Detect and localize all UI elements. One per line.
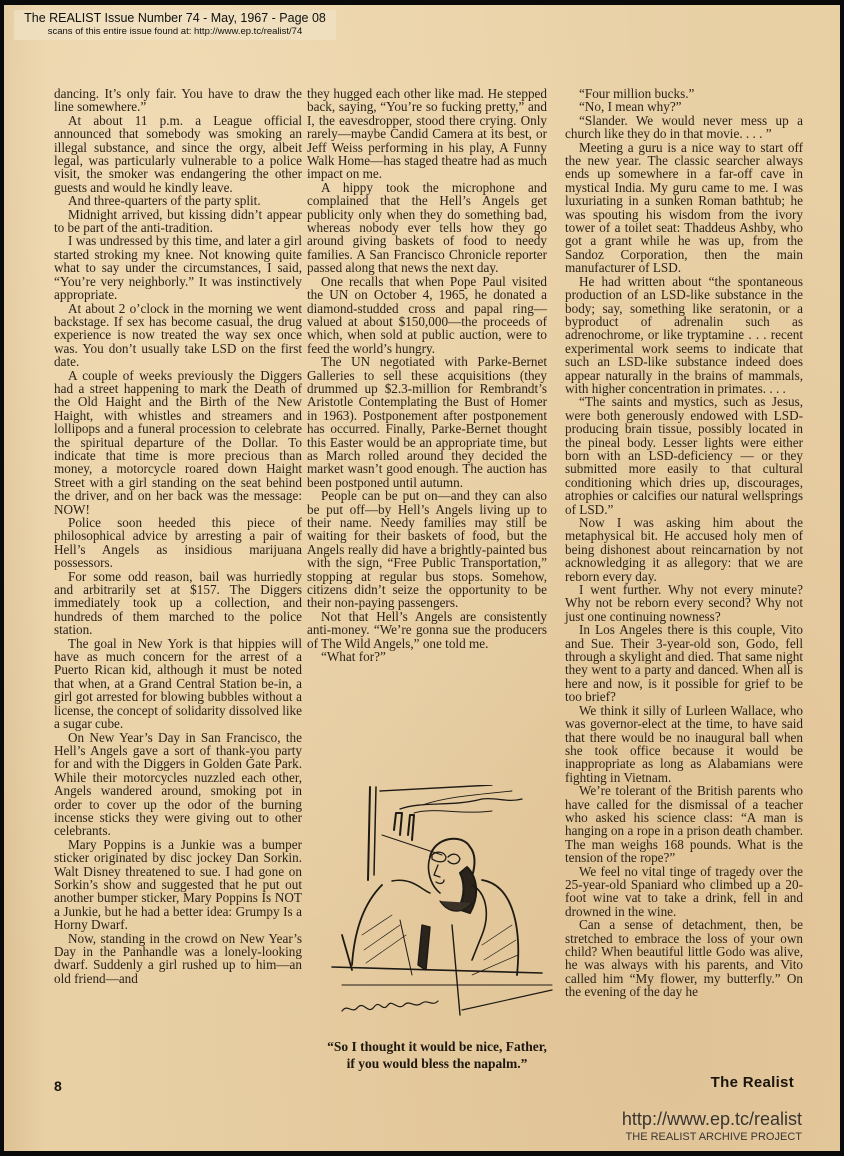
paragraph: dancing. It’s only fair. You have to dra… <box>54 87 302 114</box>
paragraph: Now I was asking him about the metaphysi… <box>565 516 803 583</box>
paragraph: Mary Poppins is a Junkie was a bumper st… <box>54 838 302 932</box>
scan-source-note: scans of this entire issue found at: htt… <box>14 26 336 37</box>
paragraph: We’re tolerant of the British parents wh… <box>565 784 803 864</box>
column-right: “Four million bucks.” “No, I mean why?” … <box>565 87 803 999</box>
paragraph: He had written about “the spontaneous pr… <box>565 275 803 396</box>
archive-project-label: THE REALIST ARCHIVE PROJECT <box>626 1131 802 1143</box>
scan-header: The REALIST Issue Number 74 - May, 1967 … <box>14 10 336 40</box>
paragraph: I was undressed by this time, and later … <box>54 234 302 301</box>
paragraph: A hippy took the microphone and complain… <box>307 181 547 275</box>
caption-line-2: if you would bless the napalm.” <box>307 1055 567 1072</box>
caption-line-1: “So I thought it would be nice, Father, <box>307 1038 567 1055</box>
paragraph: “No, I mean why?” <box>565 100 803 113</box>
issue-title: The REALIST Issue Number 74 - May, 1967 … <box>14 11 336 26</box>
cartoon-illustration-icon <box>322 785 562 1025</box>
paragraph: Now, standing in the crowd on New Year’s… <box>54 932 302 986</box>
paragraph: they hugged each other like mad. He step… <box>307 87 547 181</box>
page-number: 8 <box>54 1078 62 1094</box>
paragraph: “Slander. We would never mess up a churc… <box>565 114 803 141</box>
magazine-page: The REALIST Issue Number 74 - May, 1967 … <box>4 5 840 1151</box>
paragraph: In Los Angeles there is this couple, Vit… <box>565 623 803 703</box>
paragraph: Meeting a guru is a nice way to start of… <box>565 141 803 275</box>
paragraph: “Four million bucks.” <box>565 87 803 100</box>
paragraph: And three-quarters of the party split. <box>54 194 302 207</box>
cartoon-caption: “So I thought it would be nice, Father, … <box>307 1038 567 1072</box>
archive-url-link[interactable]: http://www.ep.tc/realist <box>622 1109 802 1130</box>
paragraph: The goal in New York is that hippies wil… <box>54 637 302 731</box>
paragraph: The UN negotiated with Parke-Bernet Gall… <box>307 355 547 489</box>
paragraph: People can be put on—and they can also b… <box>307 489 547 610</box>
paragraph: One recalls that when Pope Paul visited … <box>307 275 547 355</box>
masthead: The Realist <box>711 1074 794 1091</box>
column-left: dancing. It’s only fair. You have to dra… <box>54 87 302 985</box>
paragraph: Midnight arrived, but kissing didn’t app… <box>54 208 302 235</box>
paragraph: We feel no vital tinge of tragedy over t… <box>565 865 803 919</box>
paragraph: For some odd reason, bail was hurriedly … <box>54 570 302 637</box>
paragraph: A couple of weeks previously the Diggers… <box>54 369 302 516</box>
paragraph: “The saints and mystics, such as Jesus, … <box>565 395 803 516</box>
paragraph: At about 2 o’clock in the morning we wen… <box>54 302 302 369</box>
paragraph: We think it silly of Lurleen Wallace, wh… <box>565 704 803 784</box>
paragraph: I went further. Why not every minute? Wh… <box>565 583 803 623</box>
paragraph: Not that Hell’s Angels are consistently … <box>307 610 547 650</box>
paragraph: Can a sense of detachment, then, be stre… <box>565 918 803 998</box>
paragraph: At about 11 p.m. a League official annou… <box>54 114 302 194</box>
paragraph: “What for?” <box>307 650 547 663</box>
paragraph: Police soon heeded this piece of philoso… <box>54 516 302 570</box>
column-middle: they hugged each other like mad. He step… <box>307 87 547 663</box>
paragraph: On New Year’s Day in San Francisco, the … <box>54 731 302 838</box>
